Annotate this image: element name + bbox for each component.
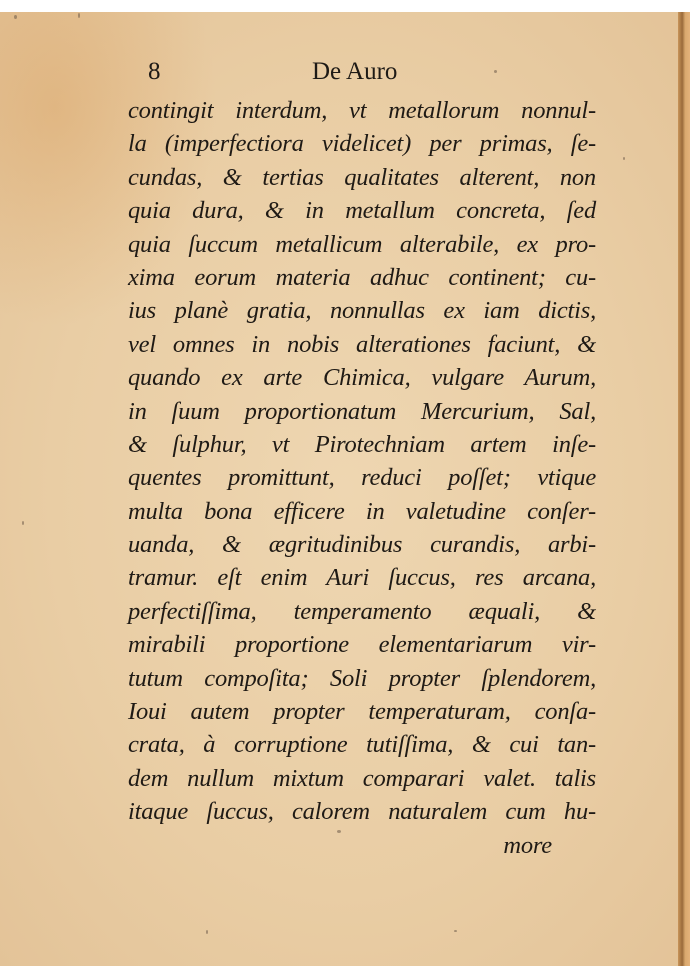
paper-speck [78,13,80,18]
text-line: Ioui autem propter temperaturam, conſa- [128,695,596,728]
paper-speck [14,15,17,19]
text-line: tramur. eſt enim Auri ſuccus, res arcana… [128,561,596,594]
book-page: 8 De Auro contingit interdum, vt metallo… [0,12,690,966]
catchword: more [128,829,596,862]
text-line: perfectiſſima, temperamento æquali, & [128,595,596,628]
paper-speck [454,930,457,932]
text-line: quia dura, & in metallum concreta, ſed [128,194,596,227]
page-number: 8 [148,58,161,86]
body-text: contingit interdum, vt metallorum nonnul… [128,94,596,862]
running-head: 8 De Auro [0,58,690,92]
text-line: tutum compoſita; Soli propter ſplendorem… [128,662,596,695]
text-line: cundas, & tertias qualitates alterent, n… [128,161,596,194]
text-line: in ſuum proportionatum Mercurium, Sal, [128,395,596,428]
text-line: itaque ſuccus, calorem naturalem cum hu- [128,795,596,828]
text-line: crata, à corruptione tutiſſima, & cui ta… [128,728,596,761]
text-line: uanda, & ægritudinibus curandis, arbi- [128,528,596,561]
text-line: dem nullum mixtum comparari valet. talis [128,762,596,795]
text-line: contingit interdum, vt metallorum nonnul… [128,94,596,127]
paper-speck [22,521,24,525]
text-line: quia ſuccum metallicum alterabile, ex pr… [128,228,596,261]
page-gutter-edge [678,12,690,966]
text-line: quentes promittunt, reduci poſſet; vtiqu… [128,461,596,494]
text-line: vel omnes in nobis alterationes faciunt,… [128,328,596,361]
text-line: & ſulphur, vt Pirotechniam artem inſe- [128,428,596,461]
paper-speck [206,930,208,934]
text-line: xima eorum materia adhuc continent; cu- [128,261,596,294]
running-title: De Auro [312,58,397,86]
paper-speck [623,157,625,160]
text-line: quando ex arte Chimica, vulgare Aurum, [128,361,596,394]
text-line: multa bona efficere in valetudine conſer… [128,495,596,528]
text-line: la (imperfectiora videlicet) per primas,… [128,127,596,160]
text-line: mirabili proportione elementariarum vir- [128,628,596,661]
text-line: ius planè gratia, nonnullas ex iam dicti… [128,294,596,327]
